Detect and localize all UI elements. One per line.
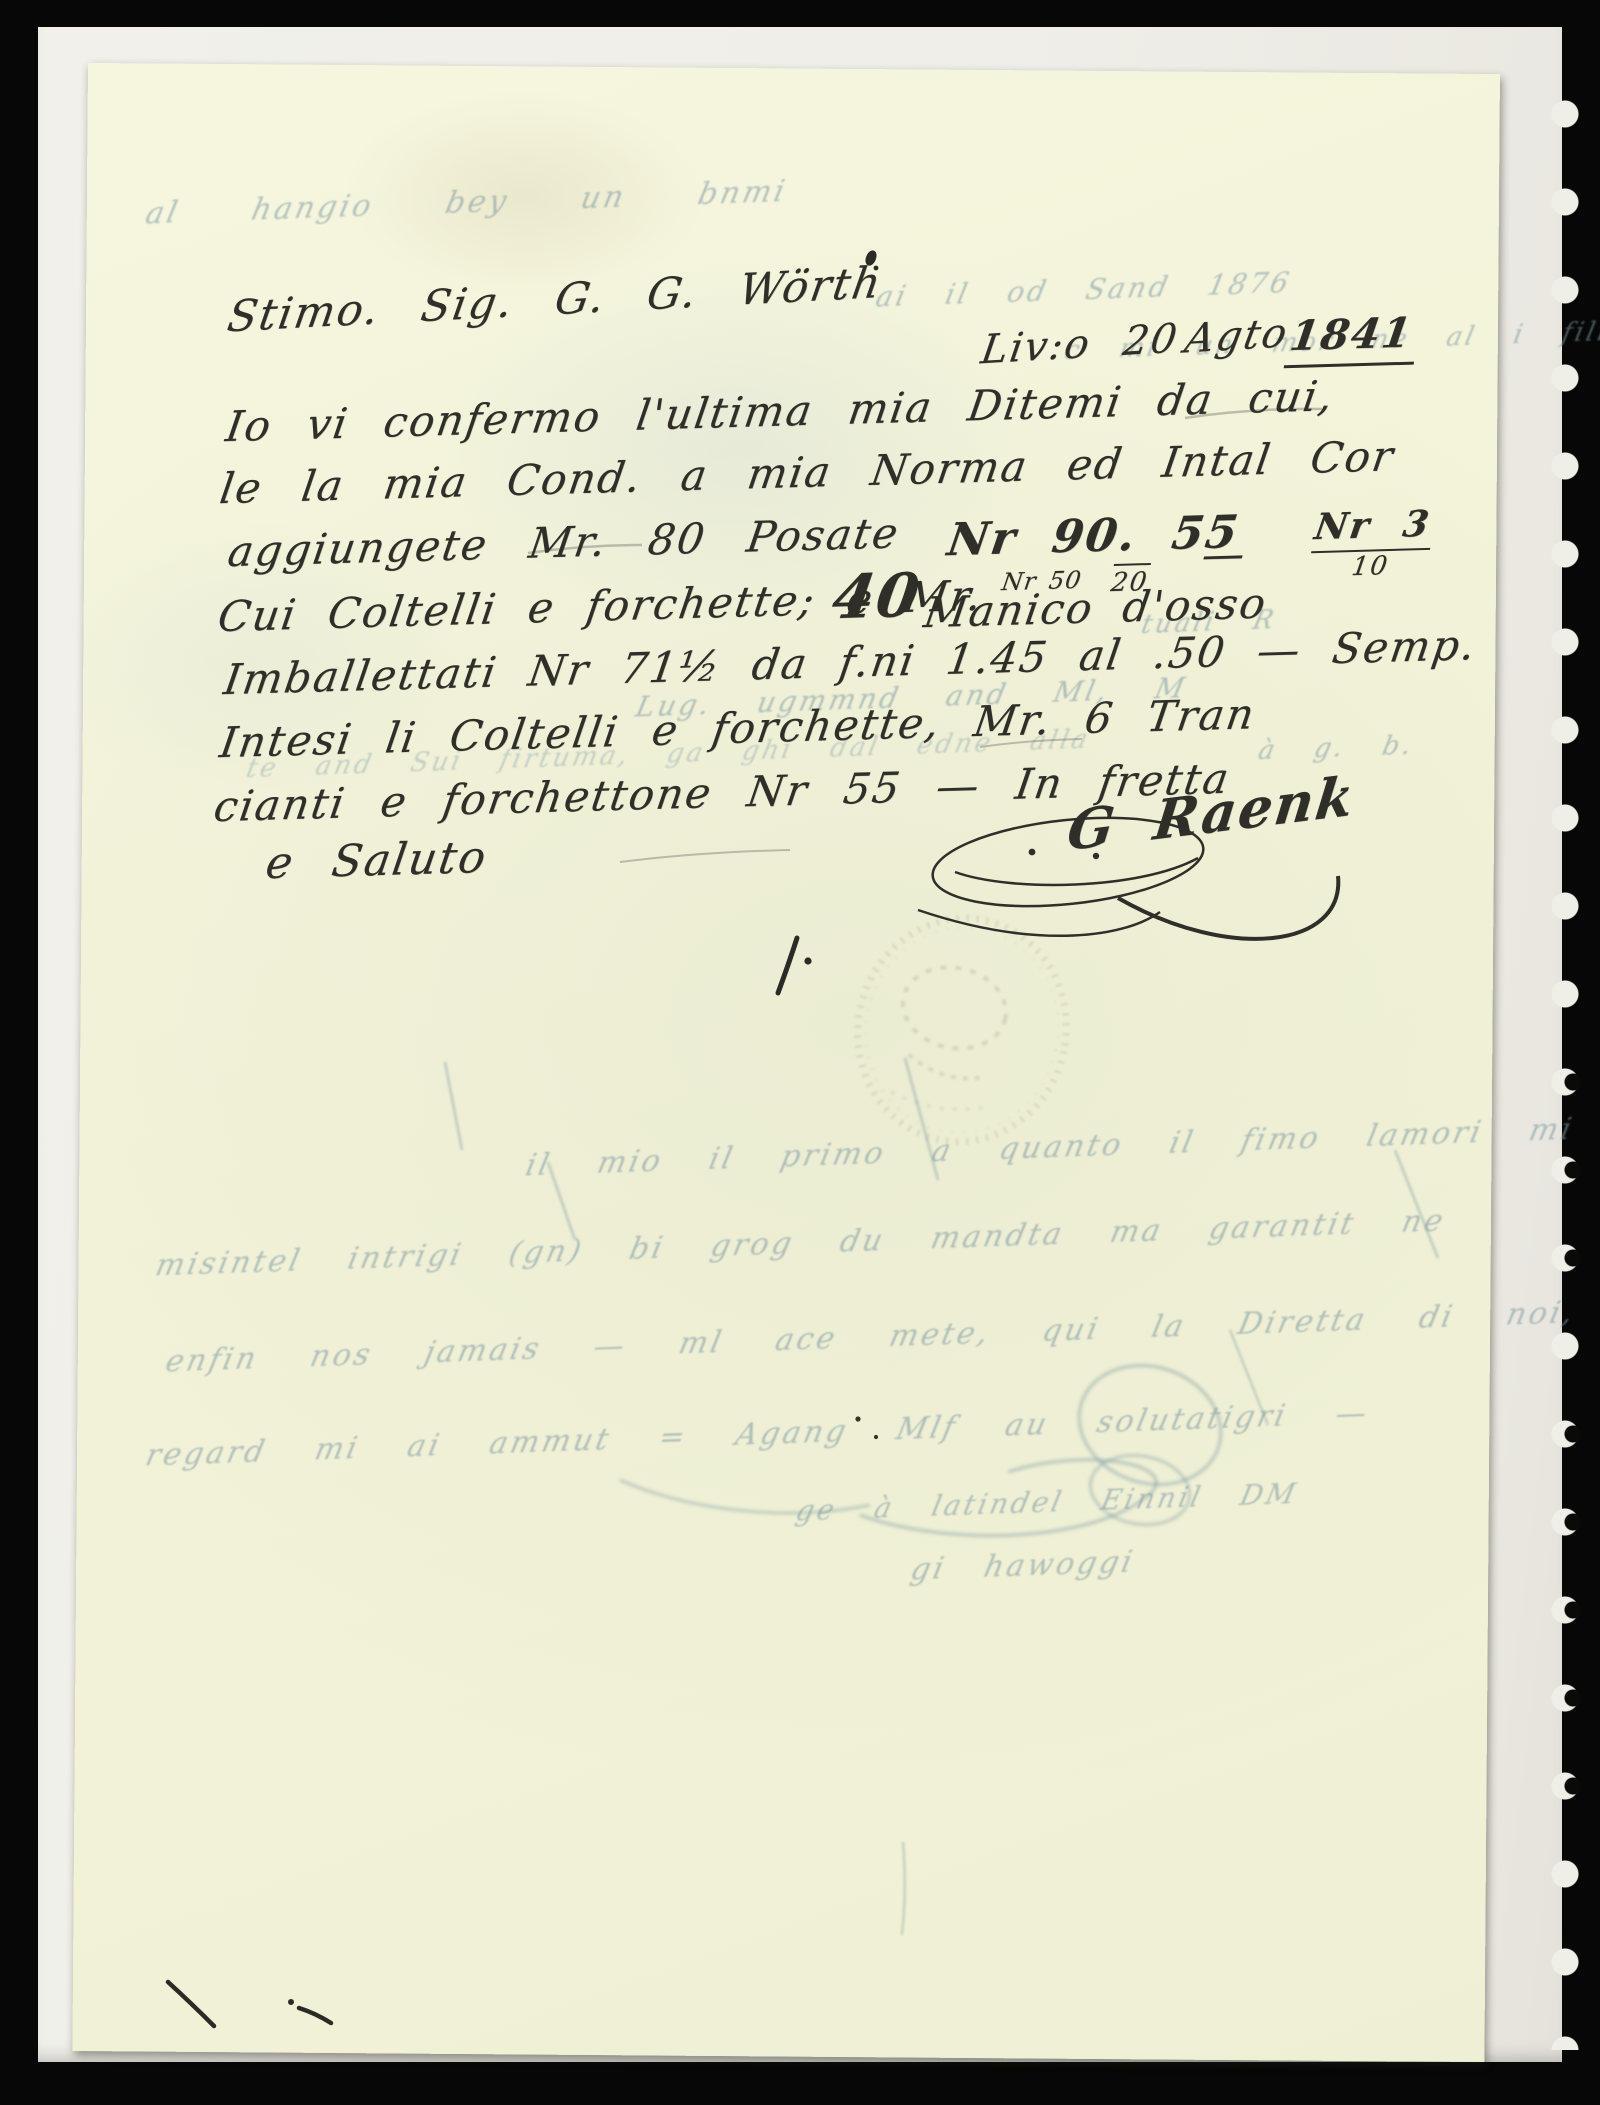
ink-slash-mark <box>778 938 812 993</box>
postmark-stamp <box>837 899 1087 1161</box>
letter-figure-nr3: Nr 3 <box>1311 503 1437 554</box>
letter-closing: e Saluto <box>262 832 490 889</box>
scan-surround: al hangio bey un bnmi ai il od Sand 1876… <box>0 0 1600 2105</box>
bleed-diagonal-strokes <box>445 1058 1438 1935</box>
bottom-ink-stroke-1 <box>168 1982 214 2026</box>
letter-figure-90-55: Nr 90. 55 <box>944 505 1243 566</box>
letter-figure-40: 40 <box>828 561 926 634</box>
bottom-ink-stroke-2 <box>288 1999 331 2023</box>
letter-dash: — <box>1199 529 1250 579</box>
bleed-flourish <box>620 1348 1236 1536</box>
signature-swash <box>918 876 1338 939</box>
letter-figure-denominator-10: 10 <box>1350 551 1392 582</box>
letter-dateline-month: Agto <box>1181 310 1292 363</box>
letter-dateline-year: 1841 <box>1284 308 1422 368</box>
ink-dots <box>855 1416 878 1439</box>
